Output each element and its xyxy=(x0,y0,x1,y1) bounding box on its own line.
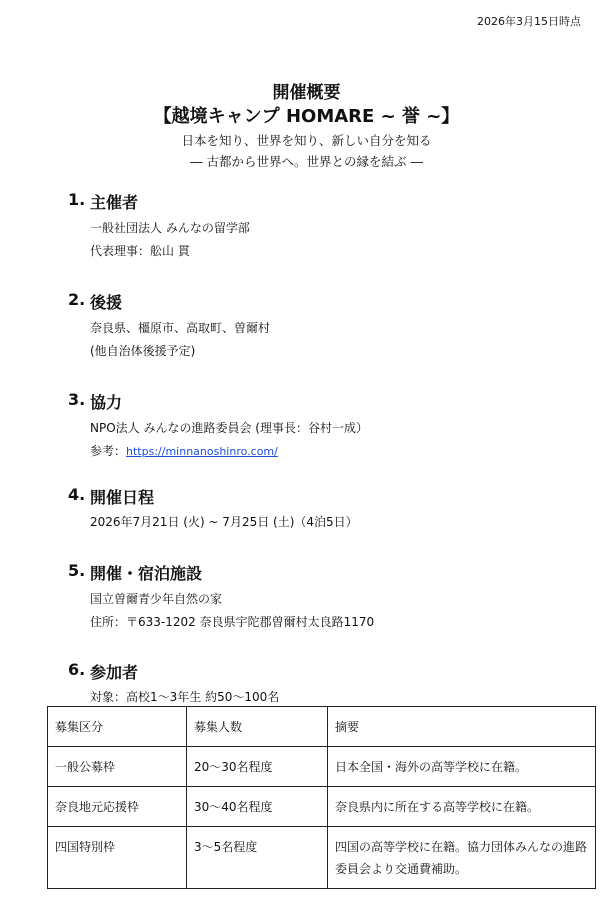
table-row: 四国特別枠 3～5名程度 四国の高等学校に在籍。協力団体みんなの進路委員会より交… xyxy=(48,827,596,889)
section-heading: 後援 xyxy=(90,290,122,313)
table-cell: 一般公募枠 xyxy=(48,747,187,787)
section-organizer: 1.主催者 xyxy=(68,190,138,213)
table-cell: 奈良地元応援枠 xyxy=(48,787,187,827)
section-heading: 開催日程 xyxy=(90,485,154,508)
table-header-row: 募集区分 募集人数 摘要 xyxy=(48,707,596,747)
section-heading: 主催者 xyxy=(90,190,138,213)
venue-name: 国立曽爾青少年自然の家 xyxy=(90,590,222,607)
reference-link[interactable]: https://minnanoshinro.com/ xyxy=(126,445,278,458)
section-number: 2. xyxy=(68,290,90,313)
section-number: 6. xyxy=(68,660,90,683)
cooperation-reference: 参考：https://minnanoshinro.com/ xyxy=(90,442,278,459)
table-header: 募集人数 xyxy=(187,707,328,747)
section-heading: 協力 xyxy=(90,390,122,413)
tagline: 日本を知り、世界を知り、新しい自分を知る xyxy=(0,131,613,149)
section-heading: 開催・宿泊施設 xyxy=(90,561,202,584)
section-schedule: 4.開催日程 xyxy=(68,485,154,508)
table-cell: 四国の高等学校に在籍。協力団体みんなの進路委員会より交通費補助。 xyxy=(328,827,596,889)
table-cell: 四国特別枠 xyxy=(48,827,187,889)
table-header: 募集区分 xyxy=(48,707,187,747)
table-cell: 奈良県内に所在する高等学校に在籍。 xyxy=(328,787,596,827)
table-cell: 20～30名程度 xyxy=(187,747,328,787)
as-of-date: 2026年3月15日時点 xyxy=(477,13,581,29)
section-venue: 5.開催・宿泊施設 xyxy=(68,561,202,584)
recruitment-table: 募集区分 募集人数 摘要 一般公募枠 20～30名程度 日本全国・海外の高等学校… xyxy=(47,706,596,889)
reference-label: 参考： xyxy=(90,444,126,458)
section-number: 3. xyxy=(68,390,90,413)
table-cell: 30～40名程度 xyxy=(187,787,328,827)
section-number: 5. xyxy=(68,561,90,584)
section-participants: 6.参加者 xyxy=(68,660,138,683)
page-title: 開催概要 xyxy=(0,78,613,103)
organizer-name: 一般社団法人 みんなの留学部 xyxy=(90,219,250,236)
support-note: (他自治体後援予定) xyxy=(90,342,195,359)
organizer-representative: 代表理事：舩山 貫 xyxy=(90,242,190,259)
document-page: 2026年3月15日時点 開催概要 【越境キャンプ HOMARE ~ 誉 ~】 … xyxy=(0,0,613,909)
section-support: 2.後援 xyxy=(68,290,122,313)
motto: ― 古都から世界へ。世界との縁を結ぶ ― xyxy=(0,152,613,170)
cooperation-org: NPO法人 みんなの進路委員会 (理事長：谷村一成） xyxy=(90,419,368,436)
section-cooperation: 3.協力 xyxy=(68,390,122,413)
section-number: 1. xyxy=(68,190,90,213)
table-header: 摘要 xyxy=(328,707,596,747)
participants-target: 対象：高校1～3年生 約50～100名 xyxy=(90,688,279,705)
support-municipalities: 奈良県、橿原市、高取町、曽爾村 xyxy=(90,319,270,336)
venue-address: 住所：〒633-1202 奈良県宇陀郡曽爾村太良路1170 xyxy=(90,613,374,630)
table-row: 奈良地元応援枠 30～40名程度 奈良県内に所在する高等学校に在籍。 xyxy=(48,787,596,827)
table-cell: 日本全国・海外の高等学校に在籍。 xyxy=(328,747,596,787)
table-row: 一般公募枠 20～30名程度 日本全国・海外の高等学校に在籍。 xyxy=(48,747,596,787)
event-name: 【越境キャンプ HOMARE ~ 誉 ~】 xyxy=(0,102,613,128)
section-heading: 参加者 xyxy=(90,660,138,683)
section-number: 4. xyxy=(68,485,90,508)
schedule-dates: 2026年7月21日 (火) ~ 7月25日 (土)（4泊5日） xyxy=(90,513,358,530)
table-cell: 3～5名程度 xyxy=(187,827,328,889)
